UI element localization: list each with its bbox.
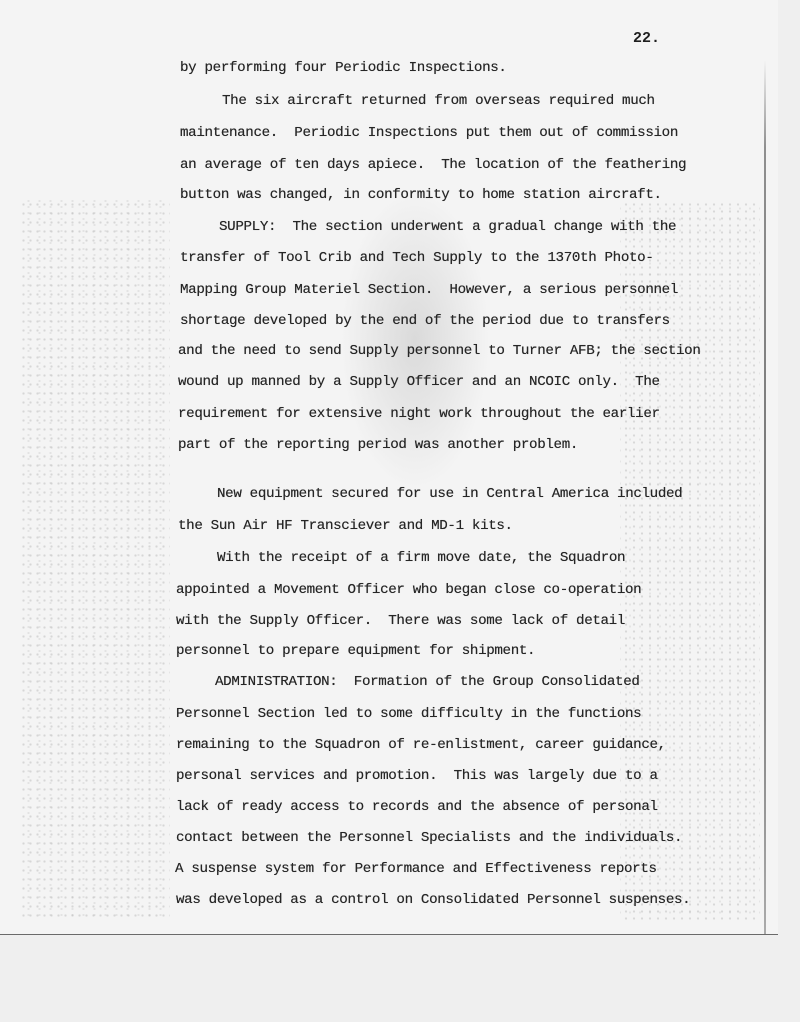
text-line: Mapping Group Materiel Section. However,… — [180, 281, 678, 299]
text-line: With the receipt of a firm move date, th… — [217, 549, 625, 567]
text-line: by performing four Periodic Inspections. — [180, 59, 507, 77]
scan-noise-left — [20, 200, 170, 920]
text-line: part of the reporting period was another… — [178, 436, 578, 454]
text-line: and the need to send Supply personnel to… — [178, 342, 701, 360]
text-line: remaining to the Squadron of re-enlistme… — [176, 736, 666, 754]
text-line: personal services and promotion. This wa… — [176, 767, 658, 785]
text-line: wound up manned by a Supply Officer and … — [178, 373, 660, 391]
page-edge-line — [764, 60, 766, 934]
text-line: Personnel Section led to some difficulty… — [176, 705, 641, 723]
text-line: shortage developed by the end of the per… — [180, 312, 670, 330]
text-line: the Sun Air HF Transciever and MD-1 kits… — [178, 517, 513, 535]
text-line: maintenance. Periodic Inspections put th… — [180, 124, 678, 142]
text-line: transfer of Tool Crib and Tech Supply to… — [180, 249, 654, 267]
text-line: with the Supply Officer. There was some … — [176, 612, 625, 630]
scanned-document-page: 22. by performing four Periodic Inspecti… — [0, 0, 778, 935]
text-line: an average of ten days apiece. The locat… — [180, 156, 686, 174]
page-number: 22. — [633, 30, 660, 47]
text-line: personnel to prepare equipment for shipm… — [176, 642, 535, 660]
text-line: ADMINISTRATION: Formation of the Group C… — [215, 673, 640, 691]
text-line: A suspense system for Performance and Ef… — [175, 860, 657, 878]
text-line: was developed as a control on Consolidat… — [176, 891, 690, 909]
text-line: SUPPLY: The section underwent a gradual … — [219, 218, 676, 236]
text-line: New equipment secured for use in Central… — [217, 485, 682, 503]
text-line: The six aircraft returned from overseas … — [222, 92, 655, 110]
text-line: appointed a Movement Officer who began c… — [176, 581, 641, 599]
text-line: contact between the Personnel Specialist… — [176, 829, 682, 847]
text-line: requirement for extensive night work thr… — [178, 405, 660, 423]
text-line: lack of ready access to records and the … — [176, 798, 658, 816]
text-line: button was changed, in conformity to hom… — [180, 186, 662, 204]
